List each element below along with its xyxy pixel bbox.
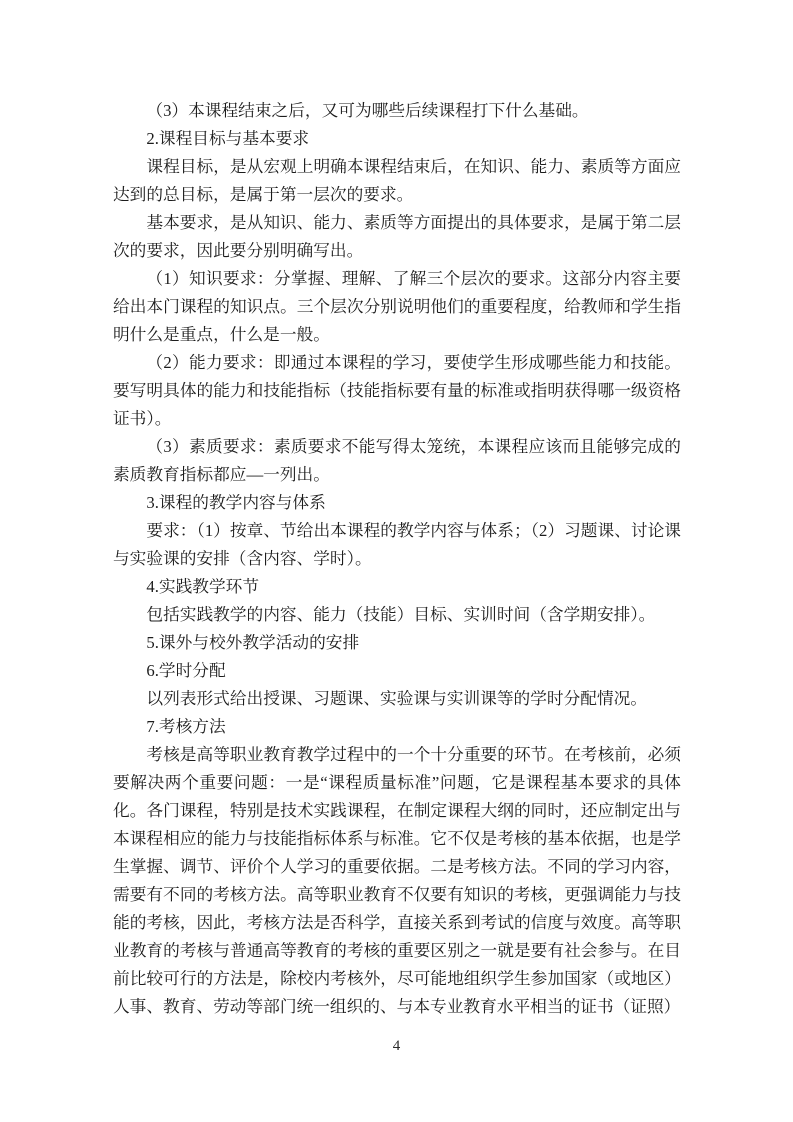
page-number: 4 xyxy=(0,1036,793,1056)
paragraph: （3）素质要求：素质要求不能写得太笼统，本课程应该而且能够完成的素质教育指标都应… xyxy=(113,433,681,489)
section-heading: 5.课外与校外教学活动的安排 xyxy=(113,629,681,657)
section-heading: 2.课程目标与基本要求 xyxy=(113,125,681,153)
paragraph: 课程目标，是从宏观上明确本课程结束后，在知识、能力、素质等方面应达到的总目标，是… xyxy=(113,153,681,209)
paragraph: 要求：（1）按章、节给出本课程的教学内容与体系；（2）习题课、讨论课与实验课的安… xyxy=(113,517,681,573)
section-heading: 4.实践教学环节 xyxy=(113,573,681,601)
paragraph: （2）能力要求：即通过本课程的学习，要使学生形成哪些能力和技能。要写明具体的能力… xyxy=(113,349,681,433)
paragraph: 包括实践教学的内容、能力（技能）目标、实训时间（含学期安排）。 xyxy=(113,601,681,629)
section-heading: 7.考核方法 xyxy=(113,713,681,741)
section-heading: 3.课程的教学内容与体系 xyxy=(113,489,681,517)
section-heading: 6.学时分配 xyxy=(113,657,681,685)
document-page: （3）本课程结束之后，又可为哪些后续课程打下什么基础。 2.课程目标与基本要求 … xyxy=(0,0,793,1122)
paragraph: （3）本课程结束之后，又可为哪些后续课程打下什么基础。 xyxy=(113,97,681,125)
paragraph: （1）知识要求：分掌握、理解、了解三个层次的要求。这部分内容主要给出本门课程的知… xyxy=(113,265,681,349)
document-body: （3）本课程结束之后，又可为哪些后续课程打下什么基础。 2.课程目标与基本要求 … xyxy=(113,97,681,1021)
paragraph: 以列表形式给出授课、习题课、实验课与实训课等的学时分配情况。 xyxy=(113,685,681,713)
paragraph: 考核是高等职业教育教学过程中的一个十分重要的环节。在考核前，必须要解决两个重要问… xyxy=(113,741,681,1021)
paragraph: 基本要求，是从知识、能力、素质等方面提出的具体要求，是属于第二层次的要求，因此要… xyxy=(113,209,681,265)
